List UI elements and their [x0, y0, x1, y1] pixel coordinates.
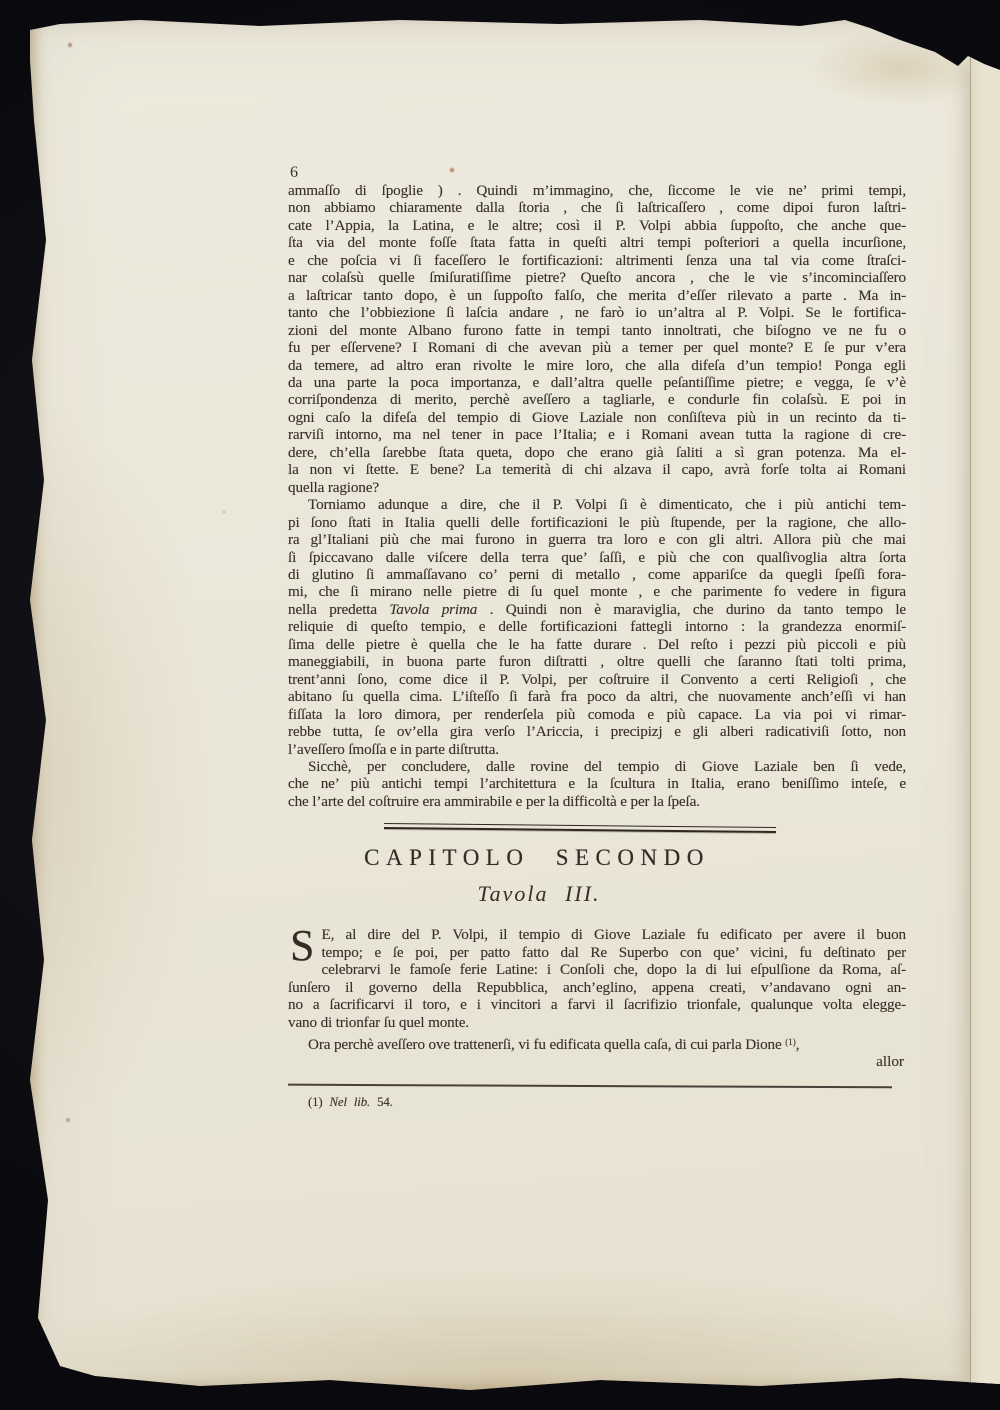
text-line: ogni caſo la difeſa del tempio di Giove … [288, 409, 906, 426]
text-line: vano di trionfar ſu quel monte. [288, 1014, 906, 1031]
text-line: tanto che l’obbiezione ſi laſcia andare … [288, 304, 906, 321]
text-line: Sicchè, per concludere, dalle rovine del… [288, 758, 906, 775]
text-line: ſta via del monte foſſe ſtata fatta in q… [288, 234, 906, 251]
text-line: abitano ſu quella cima. L’iſteſſo ſi far… [288, 688, 906, 705]
text-line: tempo; e ſe poi, per patto fatto dal Re … [288, 944, 906, 961]
text-line: Ora perchè aveſſero ove trattenerſi, vi … [288, 1036, 906, 1053]
body-paragraph-3: Sicchè, per concludere, dalle rovine del… [288, 758, 906, 810]
catchword: allor [288, 1053, 906, 1070]
text-line: che l’arte del coſtruire era ammirabile … [288, 793, 906, 810]
text-line: pi ſono ſtati in Italia quelli delle for… [288, 514, 906, 531]
chapter-title: CAPITOLO SECONDO [228, 845, 846, 871]
text-line: e che poſcia vi ſi faceſſero le fortific… [288, 252, 906, 269]
text-line: corriſpondenza di merito, perchè aveſſer… [288, 391, 906, 408]
text-line: zioni del monte Albano furono fatte in t… [288, 322, 906, 339]
text-line: dere, ch’ella ſarebbe ſtata queta, dopo … [288, 444, 906, 461]
text-line: nella predetta Tavola prima . Quindi non… [288, 601, 906, 618]
text-line: rarviſi intorno, ma nel tener in pace l’… [288, 426, 906, 443]
chapter-opening-paragraph: SE, al dire del P. Volpi, il tempio di G… [288, 926, 906, 1031]
text-line: quella ragione? [288, 479, 906, 496]
text-line: rebbe tutta, ſe ov’ella gira verſo l’Ari… [288, 723, 906, 740]
text-line: celebrarvi le famoſe ferie Latine: i Con… [288, 961, 906, 978]
body-paragraph-2: Torniamo adunque a dire, che il P. Volpi… [288, 496, 906, 758]
chapter-closing-paragraph: Ora perchè aveſſero ove trattenerſi, vi … [288, 1036, 906, 1053]
text-line: ammaſſo di ſpoglie ) . Quindi m’immagino… [288, 182, 906, 199]
page-fold-edge [970, 58, 1000, 1386]
text-line: cate l’Appia, la Latina, e le altre; cos… [288, 217, 906, 234]
footnote: (1) Nel lib. 54. [288, 1095, 906, 1110]
text-line: reliquie di queſto tempio, e delle forti… [288, 618, 906, 635]
text-line: E, al dire del P. Volpi, il tempio di Gi… [288, 926, 906, 943]
text-line: maneggiabili, in buona parte furon diſtr… [288, 653, 906, 670]
text-line: mi, che ſi mirano nelle pietre di ſu que… [288, 583, 906, 600]
text-column: 6 ammaſſo di ſpoglie ) . Quindi m’immagi… [288, 164, 906, 1110]
section-divider-rule [384, 823, 776, 833]
page-number: 6 [290, 164, 906, 182]
text-line: fiſſata la loro dimora, per renderſela p… [288, 706, 906, 723]
paper-sheet: 6 ammaſſo di ſpoglie ) . Quindi m’immagi… [28, 16, 1000, 1394]
text-line: la non vi ſtette. E bene? La temerità di… [288, 461, 906, 478]
body-paragraph-1: ammaſſo di ſpoglie ) . Quindi m’immagino… [288, 182, 906, 496]
text-line: ſi ſpiccavano dalle viſcere della terra … [288, 549, 906, 566]
text-line: fu per eſſervene? I Romani di che avevan… [288, 339, 906, 356]
chapter-subtitle: Tavola III. [230, 881, 848, 907]
text-line: trent’anni ſono, come dice il P. Volpi, … [288, 671, 906, 688]
text-line: Torniamo adunque a dire, che il P. Volpi… [288, 496, 906, 513]
text-line: ſima delle pietre è quella che le ha fat… [288, 636, 906, 653]
text-line: nar colaſsù quelle ſmiſuratiſſime pietre… [288, 269, 906, 286]
footnote-rule [288, 1084, 892, 1089]
text-line: a laſtricar tanto dopo, è un ſuppoſto fa… [288, 287, 906, 304]
text-line: che ne’ più antichi tempi l’architettura… [288, 775, 906, 792]
text-line: ſunſero il governo della Repubblica, anc… [288, 979, 906, 996]
text-line: non abbiamo chiaramente dalla ſtoria , c… [288, 199, 906, 216]
text-line: da una parte la poca importanza, e dall’… [288, 374, 906, 391]
text-line: da temere, ad altro eran rivolte le mire… [288, 357, 906, 374]
text-line: (1) Nel lib. 54. [308, 1095, 906, 1110]
text-line: no a ſacrificarvi il toro, e i vincitori… [288, 996, 906, 1013]
drop-cap-initial: S [290, 929, 314, 962]
text-line: ra gl’Italiani più che mai furono in gue… [288, 531, 906, 548]
text-line: di glutino ſi ammaſſavano co’ perni di m… [288, 566, 906, 583]
text-line: l’aveſſero ſmoſſa e in parte diſtrutta. [288, 741, 906, 758]
